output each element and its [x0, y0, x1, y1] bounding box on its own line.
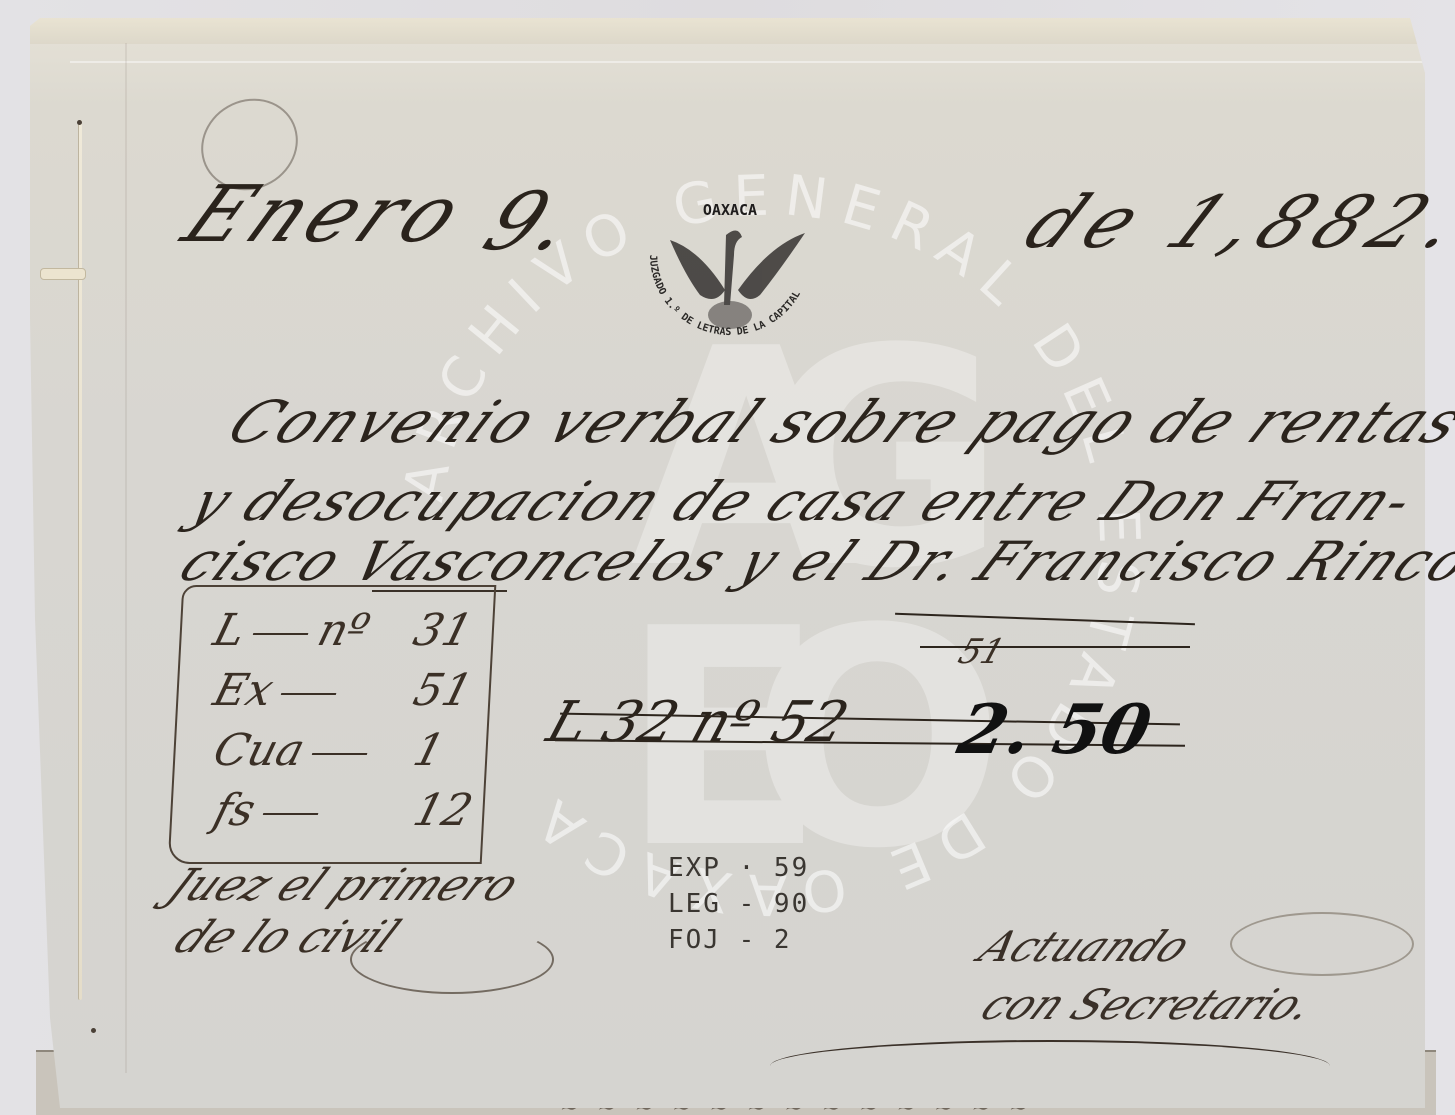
fold-crease	[70, 61, 1430, 63]
title-line-2: y desocupacion de casa entre Don Fran-	[178, 470, 1429, 533]
title-line-3: cisco Vasconcelos y el Dr. Francisco Rin…	[168, 530, 1455, 593]
spine-crease	[125, 43, 127, 1073]
struck-reference: L 32 nº 52	[539, 690, 856, 755]
amount: 2. 50	[951, 690, 1157, 770]
index-row: Cua 1	[208, 725, 385, 776]
date-month: Enero	[168, 170, 483, 260]
signatory-line-2: con Secretario.	[972, 980, 1325, 1029]
date-year: de 1,882.	[1010, 180, 1455, 264]
court-stamp: OAXACA JUZGADO 1.º DE LETRAS DE LA CAPIT…	[630, 195, 830, 360]
binding-hole-icon	[91, 1028, 96, 1033]
title-line-1: Convenio verbal sobre pago de rentas	[215, 388, 1455, 456]
court-flourish	[350, 925, 554, 994]
archive-foj: FOJ - 2	[668, 922, 809, 958]
index-row: Lnº 31	[208, 605, 375, 656]
index-row: Ex 51	[208, 665, 354, 716]
binding-thread-knot	[40, 268, 86, 280]
archive-leg: LEG - 90	[668, 886, 809, 922]
archive-exp: EXP · 59	[668, 850, 809, 886]
strikethrough-line	[920, 646, 1190, 648]
top-fold	[30, 18, 1425, 44]
index-row: fs 12	[208, 785, 336, 836]
court-line-1: Juez el primero	[158, 860, 529, 911]
signature-loop	[1230, 912, 1414, 976]
archive-reference: EXP · 59 LEG - 90 FOJ - 2	[668, 850, 809, 958]
signatory-line-1: Actuando	[970, 922, 1200, 971]
binding-hole-icon	[77, 120, 82, 125]
signature-flourish	[770, 1040, 1330, 1092]
svg-text:OAXACA: OAXACA	[703, 201, 757, 219]
binding-thread	[78, 120, 82, 1000]
